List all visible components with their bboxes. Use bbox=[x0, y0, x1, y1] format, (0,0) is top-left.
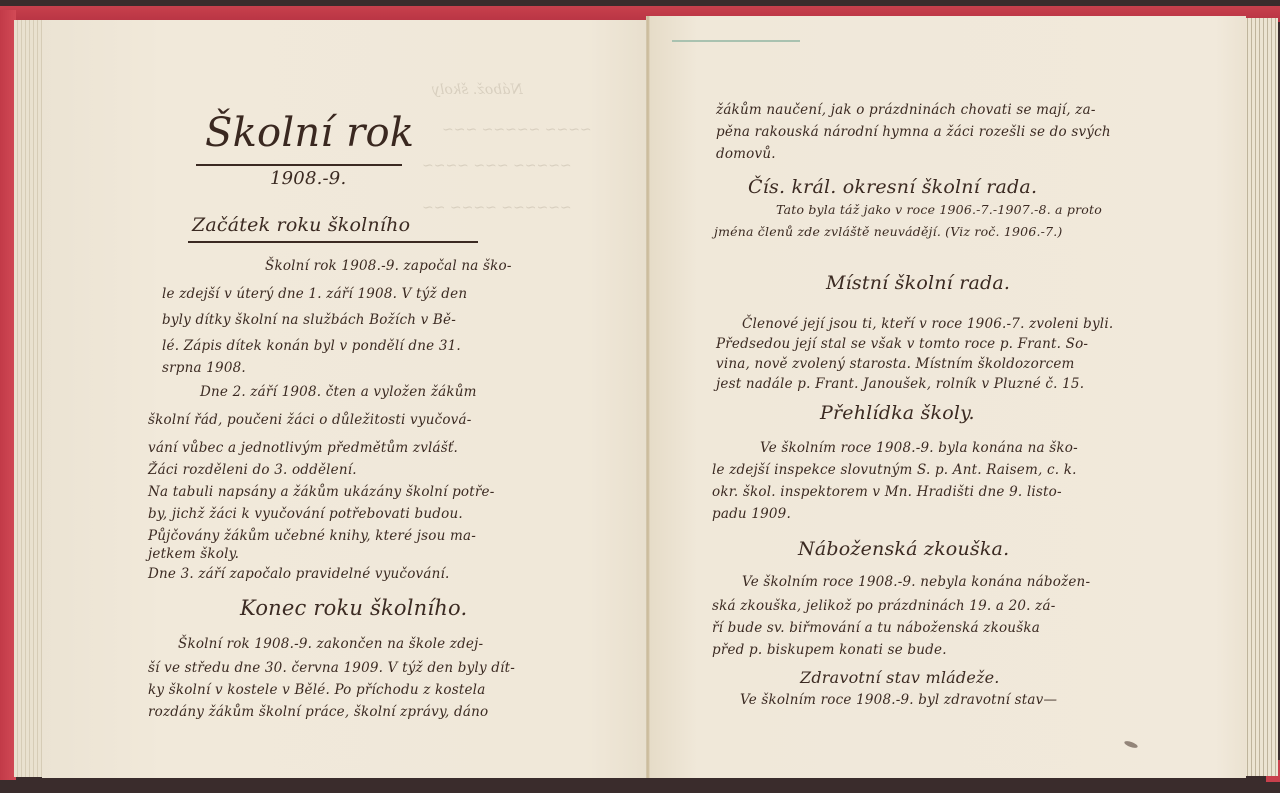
text-line: le zdejší v úterý dne 1. září 1908. V tý… bbox=[162, 286, 467, 302]
text-line: lé. Zápis dítek konán byl v pondělí dne … bbox=[162, 338, 461, 354]
text-line: Dne 2. září 1908. čten a vyložen žákům bbox=[200, 384, 477, 400]
text-line: jména členů zde zvláště neuvádějí. (Viz … bbox=[714, 224, 1062, 239]
margin-mark bbox=[672, 40, 800, 42]
text-line: Půjčovány žákům učebné knihy, které jsou… bbox=[148, 528, 476, 544]
section-heading: Místní školní rada. bbox=[826, 272, 1010, 294]
bleed-through-text: ~~~~~~ ~~~~ ~~ bbox=[422, 200, 572, 216]
text-line: okr. škol. inspektorem v Mn. Hradišti dn… bbox=[712, 484, 1062, 500]
text-line: pěna rakouská národní hymna a žáci rozeš… bbox=[716, 124, 1111, 140]
text-line: domovů. bbox=[716, 146, 776, 162]
bleed-through-text: ~~~~ ~~~~~ ~~~ bbox=[442, 122, 592, 138]
title-year: 1908.-9. bbox=[270, 168, 346, 189]
text-line: ří bude sv. biřmování a tu náboženská zk… bbox=[712, 620, 1040, 636]
text-line: srpna 1908. bbox=[162, 360, 246, 376]
text-line: Ve školním roce 1908.-9. byl zdravotní s… bbox=[740, 692, 1057, 708]
open-book: Nábož. školy ~~~~ ~~~~~ ~~~ ~~~~~ ~~~ ~~… bbox=[0, 0, 1280, 793]
text-line: ky školní v kostele v Bělé. Po příchodu … bbox=[148, 682, 485, 698]
text-line: Ve školním roce 1908.-9. byla konána na … bbox=[760, 440, 1078, 456]
text-line: Školní rok 1908.-9. zakončen na škole zd… bbox=[178, 636, 483, 652]
text-line: byly dítky školní na službách Božích v B… bbox=[162, 312, 456, 328]
text-line: Dne 3. září započalo pravidelné vyučován… bbox=[148, 566, 450, 582]
heading-underline bbox=[188, 241, 478, 243]
section-heading: Zdravotní stav mládeže. bbox=[800, 668, 1000, 687]
section-heading: Konec roku školního. bbox=[240, 596, 467, 620]
text-line: žákům naučení, jak o prázdninách chovati… bbox=[716, 102, 1096, 118]
text-line: před p. biskupem konati se bude. bbox=[712, 642, 947, 658]
title-underline bbox=[196, 164, 402, 166]
text-line: vina, nově zvolený starosta. Místním ško… bbox=[716, 356, 1075, 372]
page-stack-right bbox=[1244, 18, 1278, 776]
text-line: vání vůbec a jednotlivým předmětům zvláš… bbox=[148, 440, 458, 456]
bleed-through-text: Nábož. školy bbox=[432, 82, 523, 98]
text-line: rozdány žákům školní práce, školní zpráv… bbox=[148, 704, 488, 720]
text-line: Tato byla táž jako v roce 1906.-7.-1907.… bbox=[776, 202, 1102, 217]
text-line: Na tabuli napsány a žákům ukázány školní… bbox=[148, 484, 495, 500]
text-line: jest nadále p. Frant. Janoušek, rolník v… bbox=[716, 376, 1084, 392]
text-line: padu 1909. bbox=[712, 506, 791, 522]
text-line: by, jichž žáci k vyučování potřebovati b… bbox=[148, 506, 463, 522]
book-spine bbox=[646, 16, 650, 778]
section-heading: Přehlídka školy. bbox=[820, 402, 975, 424]
bleed-through-text: ~~~~~ ~~~ ~~~~ bbox=[422, 158, 572, 174]
text-line: ská zkouška, jelikož po prázdninách 19. … bbox=[712, 598, 1055, 614]
text-line: le zdejší inspekce slovutným S. p. Ant. … bbox=[712, 462, 1077, 478]
text-line: Ve školním roce 1908.-9. nebyla konána n… bbox=[742, 574, 1090, 590]
page-title: Školní rok bbox=[205, 110, 414, 156]
section-heading: Čís. král. okresní školní rada. bbox=[748, 176, 1037, 198]
text-line: ší ve středu dne 30. června 1909. V týž … bbox=[148, 660, 515, 676]
text-line: jetkem školy. bbox=[148, 546, 239, 562]
text-line: školní řád, poučeni žáci o důležitosti v… bbox=[148, 412, 472, 428]
text-line: Předsedou její stal se však v tomto roce… bbox=[716, 336, 1088, 352]
section-heading: Náboženská zkouška. bbox=[798, 538, 1009, 560]
text-line: Členové její jsou ti, kteří v roce 1906.… bbox=[742, 316, 1113, 332]
section-heading: Začátek roku školního bbox=[192, 214, 410, 236]
text-line: Žáci rozděleni do 3. oddělení. bbox=[148, 462, 357, 478]
text-line: Školní rok 1908.-9. započal na ško- bbox=[265, 258, 512, 274]
page-stack-left bbox=[14, 20, 44, 777]
